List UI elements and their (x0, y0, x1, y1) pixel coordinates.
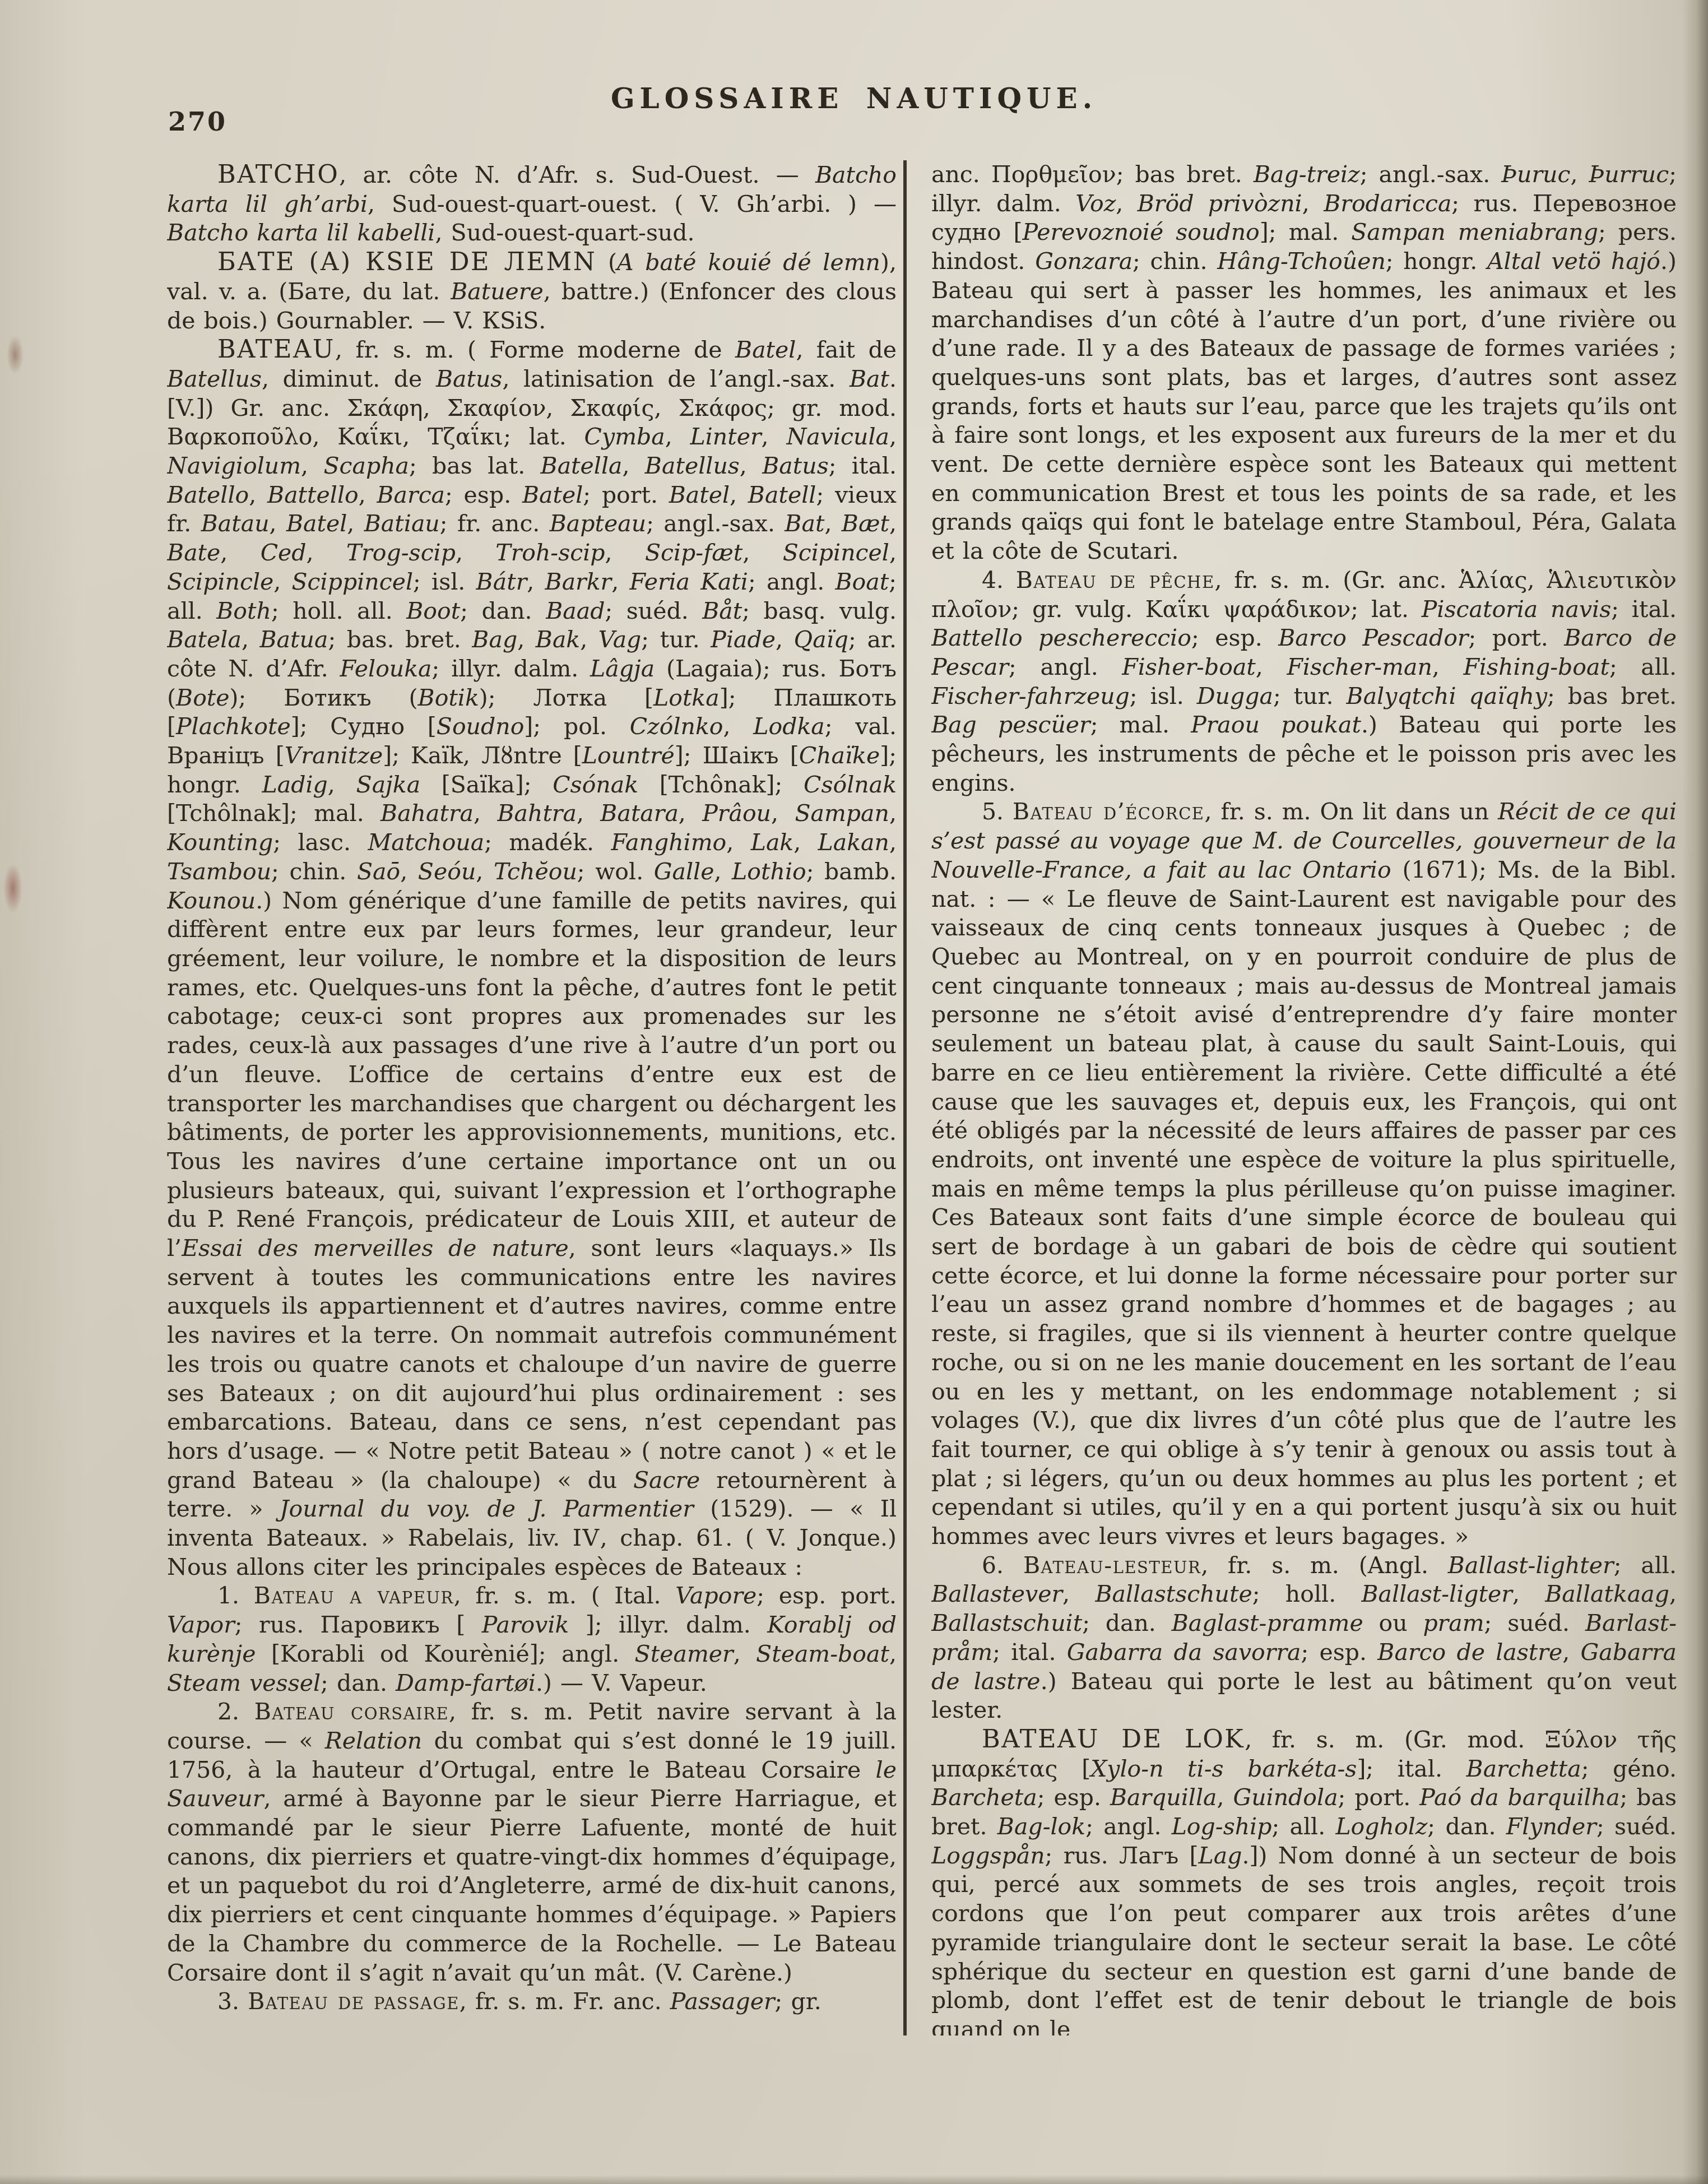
entry-paragraph: BATEAU DE LOK, fr. s. m. (Gr. mod. Ξύλον… (931, 1725, 1677, 2035)
entry-paragraph: BATEAU, fr. s. m. ( Forme moderne de Bat… (167, 335, 897, 1582)
entry-paragraph: 3. Bateau de passage, fr. s. m. Fr. anc.… (167, 1987, 897, 2016)
column-divider (903, 160, 907, 2035)
entry-paragraph: 1. Bateau a vapeur, fr. s. m. ( Ital. Va… (167, 1582, 897, 1698)
book-page: 270 GLOSSAIRE NAUTIQUE. BATCHO, ar. côte… (0, 0, 1708, 2184)
right-column: anc. Πορθμεῖον; bas bret. Bag-treiz; ang… (931, 160, 1677, 2035)
entry-paragraph: BATCHO, ar. côte N. d’Afr. s. Sud-Ouest.… (167, 160, 897, 248)
entry-paragraph: 4. Bateau de pêche, fr. s. m. (Gr. anc. … (931, 566, 1677, 798)
entry-paragraph: 2. Bateau corsaire, fr. s. m. Petit navi… (167, 1698, 897, 1987)
page-title: GLOSSAIRE NAUTIQUE. (0, 82, 1708, 115)
entry-paragraph: 6. Bateau-lesteur, fr. s. m. (Angl. Ball… (931, 1551, 1677, 1725)
left-column: BATCHO, ar. côte N. d’Afr. s. Sud-Ouest.… (167, 160, 897, 2035)
entry-paragraph: БАТЕ (А) КЅІЕ DE ЛЕМN (A baté kouié dé l… (167, 248, 897, 335)
margin-smudge (3, 863, 22, 914)
text-columns: BATCHO, ar. côte N. d’Afr. s. Sud-Ouest.… (167, 160, 1677, 2035)
entry-paragraph: anc. Πορθμεῖον; bas bret. Bag-treiz; ang… (931, 160, 1677, 566)
page-edge-shadow-right (1682, 0, 1708, 2184)
margin-smudge (7, 335, 24, 374)
entry-paragraph: 5. Bateau d’écorce, fr. s. m. On lit dan… (931, 797, 1677, 1551)
page-edge-shadow-bottom (0, 2175, 1708, 2184)
